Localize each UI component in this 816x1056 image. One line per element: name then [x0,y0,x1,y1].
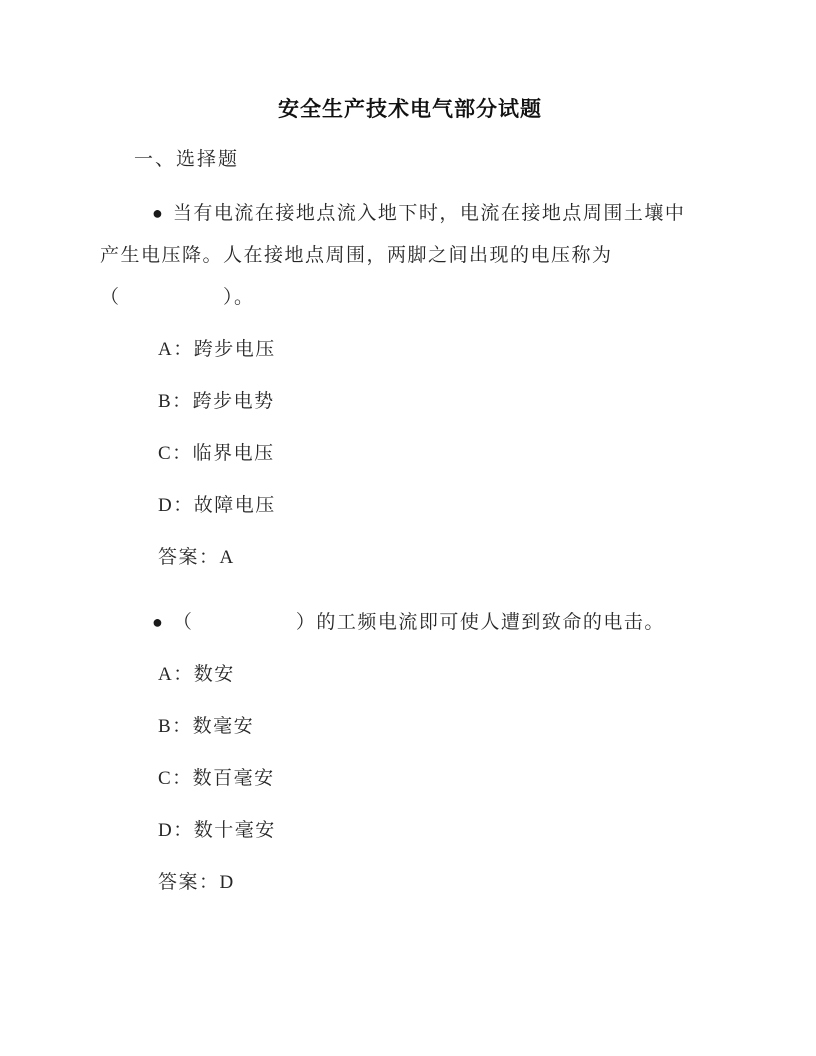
question-2-option-b: B：数毫安 [158,706,720,748]
question-1-option-c: C：临界电压 [158,433,720,475]
section-heading: 一、选择题 [134,150,720,170]
bullet-icon: ● [152,601,163,643]
document-title: 安全生产技术电气部分试题 [100,96,720,122]
question-2-option-c: C：数百毫安 [158,758,720,800]
question-1-option-b: B：跨步电势 [158,381,720,423]
question-1-text: 当有电流在接地点流入地下时，电流在接地点周围土壤中 [173,203,686,224]
question-2: ●（ ）的工频电流即可使人遭到致命的电击。 [100,601,720,644]
question-2-text: （ ）的工频电流即可使人遭到致命的电击。 [173,612,665,633]
question-1-line-2: 产生电压降。人在接地点周围，两脚之间出现的电压称为 [100,235,720,277]
question-1: ●当有电流在接地点流入地下时，电流在接地点周围土壤中 产生电压降。人在接地点周围… [100,192,720,319]
document-page: 安全生产技术电气部分试题 一、选择题 ●当有电流在接地点流入地下时，电流在接地点… [0,0,816,1056]
question-2-answer: 答案：D [158,862,720,904]
question-1-line-1: ●当有电流在接地点流入地下时，电流在接地点周围土壤中 [100,192,720,235]
question-2-option-d: D：数十毫安 [158,810,720,852]
question-1-answer: 答案：A [158,537,720,579]
question-1-line-3: （ ）。 [100,277,720,319]
question-1-option-d: D：故障电压 [158,485,720,527]
bullet-icon: ● [152,192,163,234]
question-2-line-1: ●（ ）的工频电流即可使人遭到致命的电击。 [100,601,720,644]
question-2-option-a: A：数安 [158,654,720,696]
question-1-option-a: A：跨步电压 [158,329,720,371]
